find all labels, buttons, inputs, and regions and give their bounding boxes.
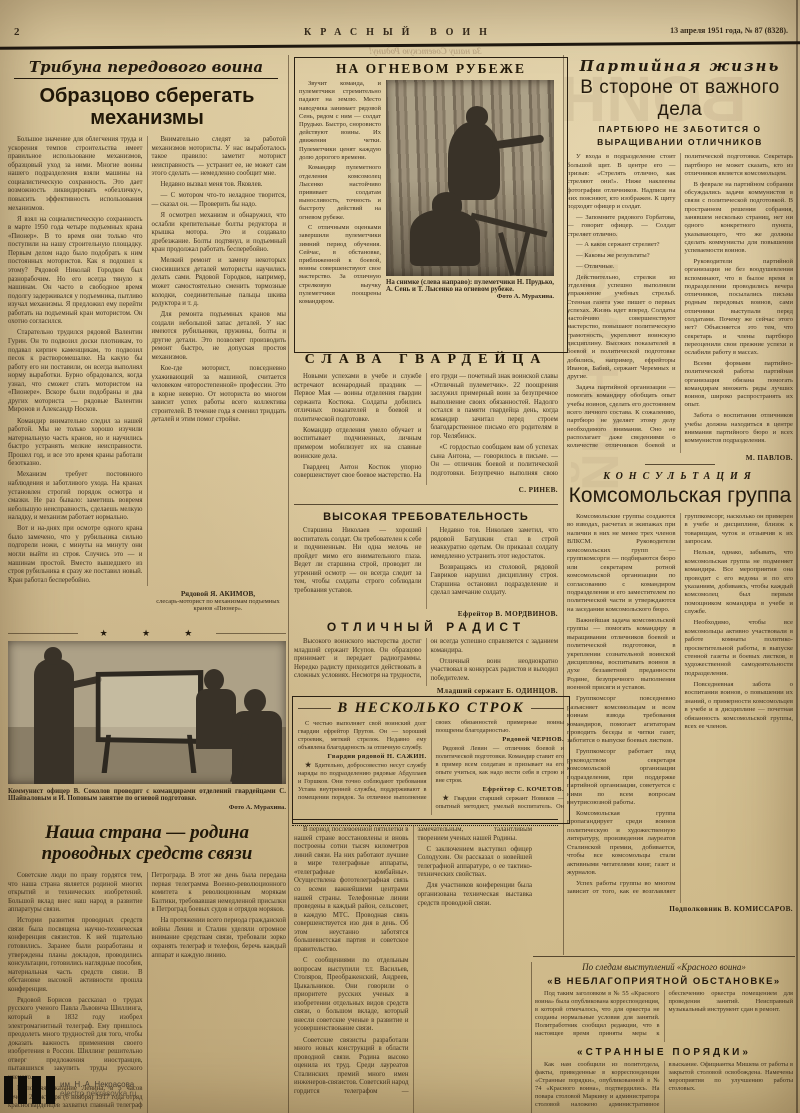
paragraph: Всеми формами партийно-политической рабо… [685,360,794,410]
gun-tripod [498,232,515,276]
ornamental-rule [292,819,558,826]
paragraph: Необходимо, чтобы все комсомольцы активн… [685,619,794,678]
separator-line [216,633,286,634]
paragraph: Комсомольские группы создаются во взвода… [567,513,676,614]
soldier-head-1 [204,669,224,691]
photo-training-credit: Фото А. Мурахина. [8,804,286,811]
header-rule [0,41,800,50]
paragraph: Старательно трудился рядовой Валентин Гу… [8,329,143,415]
paragraph: — Отличные. [567,263,676,271]
paragraph: На протяжении всего периода гражданской … [152,917,287,960]
paragraph: Командир отделения умело обучает и воспи… [294,427,422,461]
article-body-trebovatelnost: Старшина Николаев — хороший воспитатель … [294,527,558,609]
paragraph: — Каковы же результаты? [567,252,676,260]
paragraph: Возвращаясь из столовой, рядовой Гаврико… [431,564,559,598]
paragraph: Как нам сообщили из политотдела, факты, … [535,1061,793,1113]
paragraph: Командир пулеметного отделения комсомоле… [299,164,381,221]
column-rule-left [288,55,289,1113]
article-body-komsomol: Комсомольские группы создаются во взвода… [567,513,793,903]
sledam-label: По следам выступлений «Красного воина» [535,962,793,972]
article-body-radist: Высокого воинского мастерства достиг мла… [294,638,558,686]
article-body-partiya: У входа в подразделение стоит большой щи… [567,153,793,453]
article-body-strannye: Как нам сообщили из политотдела, факты, … [535,1061,793,1113]
headline-tribuna: Образцово сберегать механизмы [8,86,286,129]
headline-komsomol: Комсомольская группа [567,484,793,508]
paragraph: Под таким заголовком в № 55 «Красного во… [535,990,793,1042]
article-radist: ОТЛИЧНЫЙ РАДИСТ Высокого воинского масте… [294,620,558,695]
photo-firing-credit: Фото А. Мурахина. [386,293,554,300]
item-byline: Рядовой ЧЕРНОВ. [436,736,565,744]
redaction-bar [46,1076,55,1104]
paragraph: Для участников конференции была организо… [418,882,533,908]
article-slava: СЛАВА ГВАРДЕЙЦА Новыми успехами в учебе … [294,352,558,494]
news-item: С честью выполняет свой воинский долг гв… [298,719,427,752]
byline-name: Рядовой Я. АКИМОВ, [150,589,286,598]
star-marker: ★ [305,761,312,769]
display-box [96,670,203,744]
headline-svyaz: Наша страна — родина проводных средств с… [8,822,286,865]
box-stand [102,735,197,773]
byline-slava: С. РИНЕВ. [294,486,558,494]
machine-gun-barrel [470,213,547,238]
redaction-bar [32,1076,41,1104]
headline-strannye: «СТРАННЫЕ ПОРЯДКИ» [535,1047,793,1058]
star-marker: ★ [443,794,451,802]
byline-trebovatelnost: Ефрейтор В. МОРДВИНОВ. [294,610,558,618]
paragraph: Мелкий ремонт и замену некоторых сносивш… [152,257,287,308]
article-box-ognevoy: НА ОГНЕВОМ РУБЕЖЕ Звучит команда, и пуле… [294,57,568,353]
headline-partiya: В стороне от важного дела [567,77,793,121]
bleed-through-slogan: За нашу Советскую Родину! [290,46,560,56]
headline-stroki: В НЕСКОЛЬКО СТРОК [337,700,524,717]
paragraph: Командир внимательно следил за нашей раб… [8,418,143,469]
item-byline: Гвардии рядовой Н. САЖИН. [298,753,427,761]
commander-head [466,106,488,126]
section-rule [533,956,795,957]
news-item: Рядовой Левин — отличник боевой и полити… [436,744,565,785]
section-sledam: По следам выступлений «Красного воина» «… [535,962,793,1113]
library-site: electro.nekrasovka.ru [60,1089,136,1098]
headline-ognevoy: НА ОГНЕВОМ РУБЕЖЕ [299,61,563,77]
paragraph: Забота о воспитании отличников учебы дол… [685,412,794,445]
kicker-tribuna: Трибуна передового воина [14,58,278,79]
byline-tribuna: Рядовой Я. АКИМОВ, слесарь-моторист по м… [150,589,286,612]
library-watermark: им. Н. А. Некрасова electro.nekrasovka.r… [4,1076,204,1104]
commander-torso [448,122,500,200]
paragraph: Группкомсорг повседневно разъясняет комс… [567,695,676,746]
kicker-partiya: Партийная жизнь [567,57,793,75]
article-body-neblagopriyatnoy: Под таким заголовком в № 55 «Красного во… [535,990,793,1042]
article-body-tribuna: Большое значение для облегчения труда и … [8,136,286,586]
paragraph: Недавно вызвал меня тов. Яковлев. [152,181,287,190]
photo-firing-line [386,80,554,276]
section-rule [294,504,558,505]
headline-neblagopriyatnoy: «В НЕБЛАГОПРИЯТНОЙ ОБСТАНОВКЕ» [535,976,793,987]
newspaper-page: За нашу Советскую Родину! ВОИН КРАСНЫЙ 2… [0,0,800,1113]
paragraph: Группкомсорг работает под руководством с… [567,748,676,807]
title-line [531,708,564,709]
paragraph: Большое значение для облегчения труда и … [8,136,143,213]
byline-role: слесарь-моторист по механизмам подъемных… [150,598,286,612]
paragraph: Рядовой Борисов рассказал о трудах русск… [8,997,143,1083]
stars-separator: ★ ★ ★ [8,628,286,639]
gun-tripod-2 [515,232,530,276]
subheadline-partiya: ПАРТБЮРО НЕ ЗАБОТИТСЯ О ВЫРАЩИВАНИИ ОТЛИ… [585,123,775,149]
paragraph: Кое-где моторист, повседневно ухаживающи… [152,365,287,425]
redaction-bars [4,1076,55,1104]
paragraph: Я взял на социалистическую сохранность в… [8,216,143,327]
paragraph: Недавно тов. Николаев заметил, что рядов… [431,527,559,561]
article-komsomol: КОНСУЛЬТАЦИЯ Комсомольская группа Комсом… [567,471,793,913]
paragraph: Повседневная забота о воспитании воинов,… [685,681,794,732]
date-issue-line: 13 апреля 1951 года, № 87 (8328). [670,26,788,35]
paragraph: Комсомольская группа пропагандирует сред… [567,810,676,878]
paragraph: Руководители партийной организации не бе… [685,258,794,358]
soldier-head-2 [244,689,266,713]
title-line [298,708,331,709]
paragraph: Истории развития проводных средств связи… [8,917,143,994]
officer-head [44,647,62,665]
article-body-slava: Новыми успехами в учебе и службе встреча… [294,373,558,485]
paragraph: Старшина Николаев — хороший воспитатель … [294,527,422,596]
paragraph: Звучит команда, и пулеметчики стремитель… [299,80,381,162]
paragraph: Нельзя, однако, забывать, что комсомольс… [685,549,794,617]
separator-line [8,633,78,634]
paragraph: — С мотором что-то неладное творится, — … [152,192,287,209]
stars-glyphs: ★ ★ ★ [86,628,209,639]
paragraph: — Запомните рядового Горбатова, — говори… [567,214,676,239]
paragraph: Механизм требует постоянного наблюдения … [8,471,143,522]
library-name: им. Н. А. Некрасова [60,1080,136,1089]
photo-training-caption: Коммунист офицер В. Соколов проводит с к… [8,788,286,802]
byline-partiya: М. ПАВЛОВ. [567,454,793,462]
paragraph: Советские люди по праву гордятся тем, чт… [8,872,143,915]
headline-slava: СЛАВА ГВАРДЕЙЦА [294,352,558,368]
paragraph: Я осмотрел механизм и обнаружил, что осл… [152,212,287,255]
byline-komsomol: Подполковник В. КОМИССАРОВ. [567,905,793,913]
redaction-bar [4,1076,13,1104]
article-trebovatelnost: ВЫСОКАЯ ТРЕБОВАТЕЛЬНОСТЬ Старшина Никола… [294,511,558,618]
article-body-svyaz-right: В период послевоенной пятилетки в нашей … [294,826,532,1113]
photo-training-session [8,641,286,784]
paragraph: Действительно, стрелки из отделения успе… [567,274,676,382]
paragraph: Новыми успехами в учебе и службе встреча… [294,373,422,424]
paragraph: Вот и на-днях при осмотре одного крана б… [8,525,143,585]
paragraph: У входа в подразделение стоит большой щи… [567,153,676,211]
soldier-torso-1 [196,689,236,749]
pointing-arm [492,134,545,149]
article-body-stroki: С честью выполняет свой воинский долг гв… [298,719,564,815]
item-byline: Ефрейтор С. КОЧЕТОВ. [436,786,565,794]
redaction-bar [18,1076,27,1104]
paragraph: В феврале на партийном собрании обсуждал… [685,181,794,256]
byline-radist: Младший сержант Б. ОДИНЦОВ. [294,687,558,695]
article-box-stroki: В НЕСКОЛЬКО СТРОК С честью выполняет сво… [292,696,570,824]
paragraph: Отличный воин неоднократно участвовал в … [431,658,559,684]
officer-silhouette [34,659,74,784]
paragraph: С сообщениями по отдельным вопросам выст… [294,957,409,1034]
paragraph: С отличными оценками завершили пулеметчи… [299,224,381,306]
paragraph: В период послевоенной пятилетки в нашей … [294,826,409,954]
headline-trebovatelnost: ВЫСОКАЯ ТРЕБОВАТЕЛЬНОСТЬ [294,511,558,523]
paragraph: С заключением выступил офицер Солодухин.… [418,846,533,880]
paragraph: — А каков сержант стреляет? [567,241,676,249]
paragraph: Внимательно следят за работой механизмов… [152,136,287,179]
paragraph: Для ремонта подъемных кранов мы создали … [152,311,287,362]
kicker-konsultatsiya: КОНСУЛЬТАЦИЯ [567,471,793,482]
article-body-ognevoy: Звучит команда, и пулеметчики стремитель… [299,80,381,338]
headline-radist: ОТЛИЧНЫЙ РАДИСТ [294,620,558,634]
paragraph: Важнейшая задача комсомольской группы — … [567,617,676,693]
section-rule [645,464,715,465]
page-edge-line [796,0,798,1113]
photo-firing-caption: На снимке (слева направо): пулеметчики Н… [386,279,554,293]
article-partiya: Партийная жизнь В стороне от важного дел… [567,57,793,462]
